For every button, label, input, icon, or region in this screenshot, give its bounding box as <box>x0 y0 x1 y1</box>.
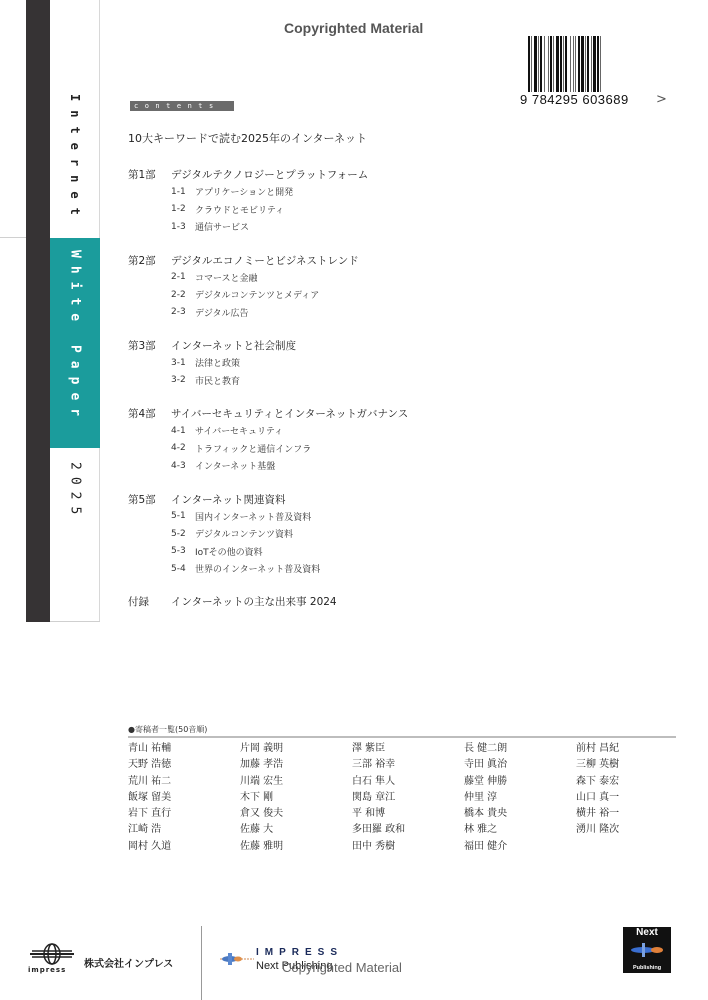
part-number: 第4部 <box>128 406 171 421</box>
next-publishing-badge: Next Publishing <box>623 927 671 973</box>
contributor-name: 川端 宏生 <box>240 774 352 790</box>
contributor-name: 仲里 淳 <box>464 790 576 806</box>
chapter-title: 世界のインターネット普及資料 <box>195 562 320 575</box>
impress-wordmark: impress <box>28 966 66 974</box>
part-title: デジタルテクノロジーとプラットフォーム <box>171 167 368 182</box>
chapter-title: 国内インターネット普及資料 <box>195 510 311 523</box>
chapter-title: アプリケーションと開発 <box>195 185 293 198</box>
contributor-name: 江崎 浩 <box>128 822 240 838</box>
contributor-name: 林 雅之 <box>464 822 576 838</box>
toc-part: 第4部サイバーセキュリティとインターネットガバナンス4-1サイバーセキュリティ4… <box>128 405 628 475</box>
contributor-name: 佐藤 大 <box>240 822 352 838</box>
contributor-name: 田中 秀樹 <box>352 839 464 855</box>
part-title: インターネットと社会制度 <box>171 338 296 353</box>
toc-chapter[interactable]: 2-1コマースと金融 <box>128 269 628 287</box>
chapter-number: 5-3 <box>171 546 195 556</box>
barcode-arrow-icon: > <box>656 92 667 107</box>
chapter-number: 2-3 <box>171 307 195 317</box>
spine-dark-band <box>26 0 50 622</box>
contributor-name: 藤堂 伸勝 <box>464 774 576 790</box>
table-of-contents: 10大キーワードで読む2025年のインターネット 第1部デジタルテクノロジーとプ… <box>128 130 628 609</box>
toc-part: 第1部デジタルテクノロジーとプラットフォーム1-1アプリケーションと開発1-2ク… <box>128 166 628 236</box>
toc-chapter[interactable]: 4-2トラフィックと通信インフラ <box>128 440 628 458</box>
contents-label: contents <box>130 101 234 111</box>
chapter-title: トラフィックと通信インフラ <box>195 442 311 455</box>
part-number: 第5部 <box>128 492 171 507</box>
chapter-number: 4-3 <box>171 461 195 471</box>
appendix-title: インターネットの主な出来事 2024 <box>171 594 337 609</box>
chapter-title: 市民と教育 <box>195 374 240 387</box>
part-title: デジタルエコノミーとビジネストレンド <box>171 253 359 268</box>
contributor-name: 平 和博 <box>352 806 464 822</box>
contributor-name: 荒川 祐二 <box>128 774 240 790</box>
chapter-number: 5-4 <box>171 564 195 574</box>
footer-divider <box>201 926 202 1000</box>
contributors-column: 前村 昌紀三柳 英樹森下 泰宏山口 真一横井 裕一湧川 隆次 <box>576 741 688 855</box>
contributor-name: 天野 浩徳 <box>128 757 240 773</box>
contributor-name: 岩下 直行 <box>128 806 240 822</box>
contributor-name: 白石 隼人 <box>352 774 464 790</box>
toc-chapter[interactable]: 5-4世界のインターネット普及資料 <box>128 560 628 578</box>
isbn-barcode <box>528 36 658 96</box>
contributor-name: 横井 裕一 <box>576 806 688 822</box>
chapter-number: 3-2 <box>171 375 195 385</box>
contributor-name: 関島 章江 <box>352 790 464 806</box>
badge-rocket-icon <box>629 942 665 958</box>
toc-chapter[interactable]: 3-2市民と教育 <box>128 372 628 390</box>
chapter-title: デジタルコンテンツとメディア <box>195 288 319 301</box>
toc-chapter[interactable]: 2-3デジタル広告 <box>128 304 628 322</box>
chapter-number: 4-1 <box>171 426 195 436</box>
toc-part-heading[interactable]: 第2部デジタルエコノミーとビジネストレンド <box>128 252 628 269</box>
chapter-number: 1-2 <box>171 204 195 214</box>
contributor-name: 木下 剛 <box>240 790 352 806</box>
chapter-title: インターネット基盤 <box>195 459 275 472</box>
badge-next-label: Next <box>623 927 671 938</box>
contributor-name: 森下 泰宏 <box>576 774 688 790</box>
toc-chapter[interactable]: 5-1国内インターネット普及資料 <box>128 508 628 526</box>
chapter-title: コマースと金融 <box>195 271 258 284</box>
contributors-heading: ●寄稿者一覧(50音順) <box>128 724 207 735</box>
contributor-name: 佐藤 雅明 <box>240 839 352 855</box>
copyright-watermark-top: Copyrighted Material <box>284 20 423 36</box>
badge-publishing-label: Publishing <box>623 965 671 971</box>
company-name: 株式会社インプレス <box>84 955 173 970</box>
chapter-title: サイバーセキュリティ <box>195 424 283 437</box>
toc-part-heading[interactable]: 第3部インターネットと社会制度 <box>128 337 628 354</box>
toc-part: 第3部インターネットと社会制度3-1法律と政策3-2市民と教育 <box>128 337 628 389</box>
contributor-name: 加藤 孝浩 <box>240 757 352 773</box>
contributor-name: 山口 真一 <box>576 790 688 806</box>
contributor-name: 三柳 英樹 <box>576 757 688 773</box>
isbn-number: 9 784295 603689 <box>520 92 629 107</box>
toc-appendix[interactable]: 付録 インターネットの主な出来事 2024 <box>128 594 628 609</box>
part-number: 第2部 <box>128 253 171 268</box>
contributor-name: 福田 健介 <box>464 839 576 855</box>
chapter-title: デジタルコンテンツ資料 <box>195 527 293 540</box>
toc-part-heading[interactable]: 第1部デジタルテクノロジーとプラットフォーム <box>128 166 628 183</box>
part-title: サイバーセキュリティとインターネットガバナンス <box>171 406 408 421</box>
contributors-rule <box>128 736 676 738</box>
rocket-logo-icon <box>220 952 260 966</box>
spine-bottom-rule <box>50 621 100 622</box>
toc-part-heading[interactable]: 第4部サイバーセキュリティとインターネットガバナンス <box>128 405 628 422</box>
toc-part: 第2部デジタルエコノミーとビジネストレンド2-1コマースと金融2-2デジタルコン… <box>128 252 628 322</box>
spine-divider-line <box>0 237 26 238</box>
toc-chapter[interactable]: 1-2クラウドとモビリティ <box>128 201 628 219</box>
toc-chapter[interactable]: 3-1法律と政策 <box>128 354 628 372</box>
chapter-number: 1-3 <box>171 222 195 232</box>
part-number: 第1部 <box>128 167 171 182</box>
toc-chapter[interactable]: 5-3IoTその他の資料 <box>128 543 628 561</box>
chapter-number: 2-2 <box>171 290 195 300</box>
toc-chapter[interactable]: 5-2デジタルコンテンツ資料 <box>128 525 628 543</box>
part-title: インターネット関連資料 <box>171 492 286 507</box>
contributor-name: 岡村 久道 <box>128 839 240 855</box>
toc-parts: 第1部デジタルテクノロジーとプラットフォーム1-1アプリケーションと開発1-2ク… <box>128 166 628 578</box>
chapter-title: クラウドとモビリティ <box>195 203 284 216</box>
copyright-watermark-bottom: Copyrighted Material <box>282 960 402 975</box>
contributor-name: 長 健二朗 <box>464 741 576 757</box>
toc-lead-title: 10大キーワードで読む2025年のインターネット <box>128 130 628 146</box>
chapter-title: 通信サービス <box>195 220 249 233</box>
chapter-number: 2-1 <box>171 272 195 282</box>
contributors-grid: 青山 祐輔天野 浩徳荒川 祐二飯塚 留美岩下 直行江崎 浩岡村 久道片岡 義明加… <box>128 741 688 855</box>
contributor-name: 片岡 義明 <box>240 741 352 757</box>
spine-title-white-paper: White Paper <box>50 250 100 424</box>
toc-part: 第5部インターネット関連資料5-1国内インターネット普及資料5-2デジタルコンテ… <box>128 491 628 578</box>
contributor-name: 多田羅 政和 <box>352 822 464 838</box>
toc-chapter[interactable]: 1-1アプリケーションと開発 <box>128 183 628 201</box>
contributor-name: 前村 昌紀 <box>576 741 688 757</box>
contributor-name: 青山 祐輔 <box>128 741 240 757</box>
chapter-title: デジタル広告 <box>195 306 248 319</box>
spine-title-internet: Internet <box>50 94 100 224</box>
contributor-name: 倉又 俊夫 <box>240 806 352 822</box>
toc-part-heading[interactable]: 第5部インターネット関連資料 <box>128 491 628 508</box>
contributor-name: 寺田 眞治 <box>464 757 576 773</box>
appendix-label: 付録 <box>128 594 171 609</box>
contributor-name: 湧川 隆次 <box>576 822 688 838</box>
chapter-number: 5-2 <box>171 529 195 539</box>
contributor-name: 飯塚 留美 <box>128 790 240 806</box>
contributors-column: 片岡 義明加藤 孝浩川端 宏生木下 剛倉又 俊夫佐藤 大佐藤 雅明 <box>240 741 352 855</box>
contributor-name: 橋本 貴央 <box>464 806 576 822</box>
impress-next-wordmark: IMPRESS <box>256 947 343 958</box>
contributors-column: 長 健二朗寺田 眞治藤堂 伸勝仲里 淳橋本 貴央林 雅之福田 健介 <box>464 741 576 855</box>
chapter-title: IoTその他の資料 <box>195 545 263 558</box>
contributor-name: 三部 裕幸 <box>352 757 464 773</box>
chapter-number: 1-1 <box>171 187 195 197</box>
chapter-number: 5-1 <box>171 511 195 521</box>
part-number: 第3部 <box>128 338 171 353</box>
contributor-name: 澤 紫臣 <box>352 741 464 757</box>
chapter-number: 3-1 <box>171 358 195 368</box>
contributors-column: 澤 紫臣三部 裕幸白石 隼人関島 章江平 和博多田羅 政和田中 秀樹 <box>352 741 464 855</box>
toc-chapter[interactable]: 1-3通信サービス <box>128 218 628 236</box>
toc-chapter[interactable]: 4-3インターネット基盤 <box>128 457 628 475</box>
contributors-column: 青山 祐輔天野 浩徳荒川 祐二飯塚 留美岩下 直行江崎 浩岡村 久道 <box>128 741 240 855</box>
toc-chapter[interactable]: 4-1サイバーセキュリティ <box>128 422 628 440</box>
chapter-title: 法律と政策 <box>195 356 240 369</box>
toc-chapter[interactable]: 2-2デジタルコンテンツとメディア <box>128 286 628 304</box>
chapter-number: 4-2 <box>171 443 195 453</box>
spine-year: 2025 <box>50 462 100 521</box>
